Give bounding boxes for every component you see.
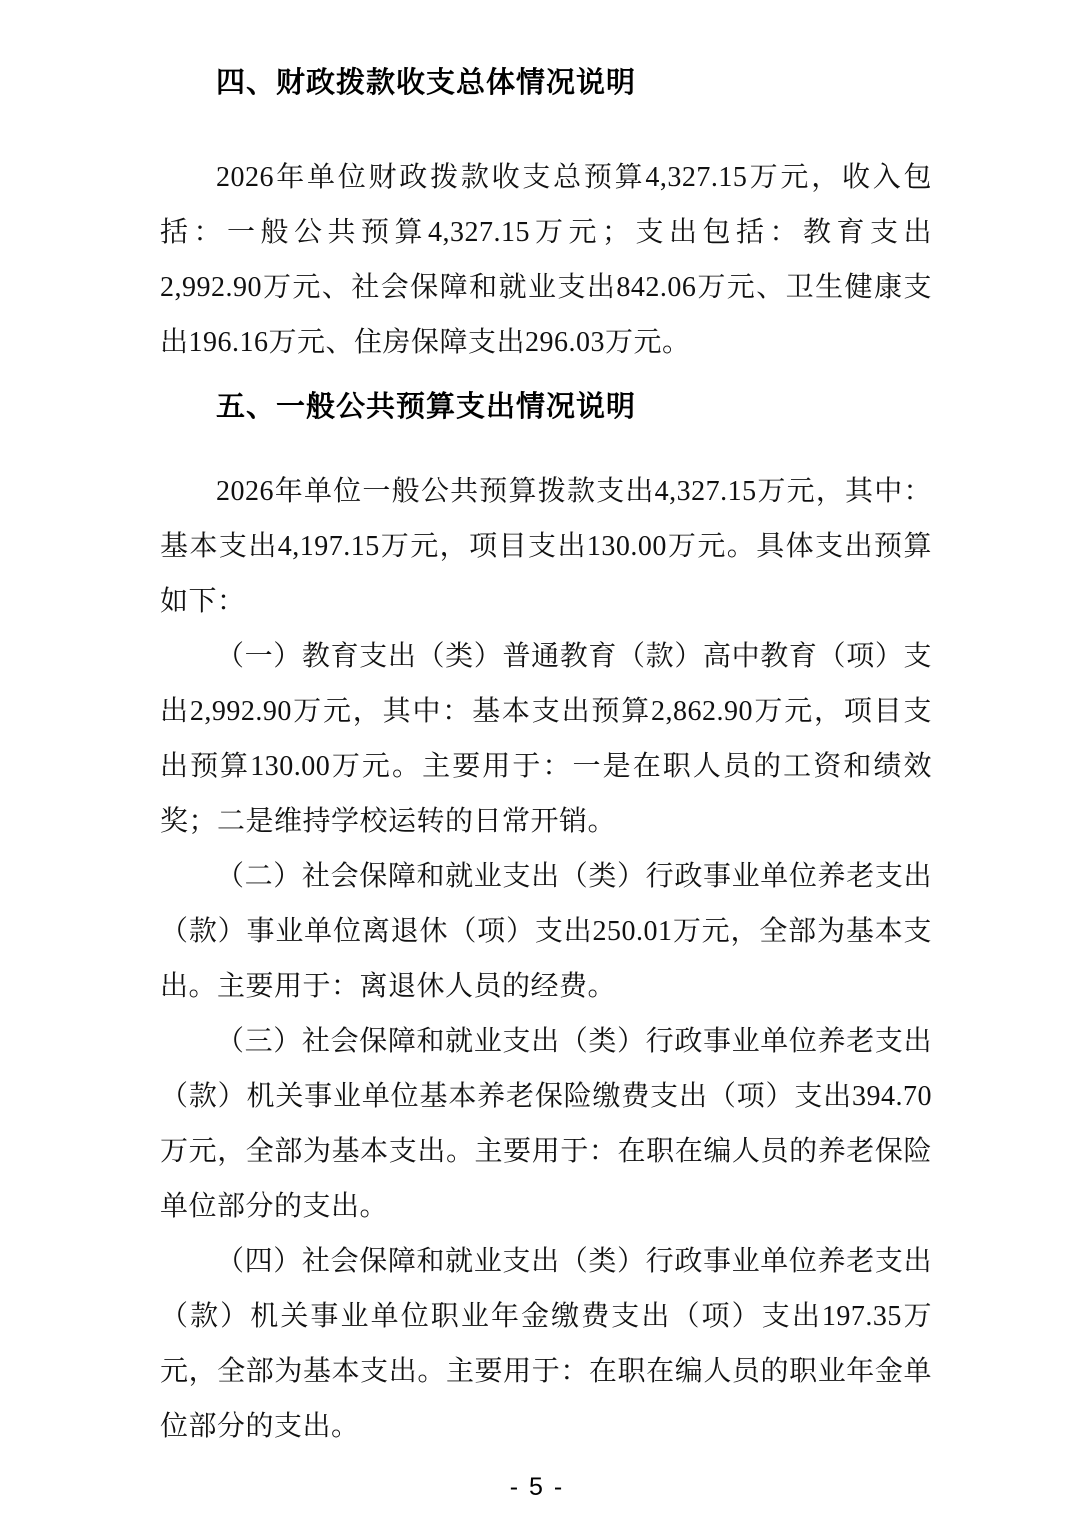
paragraph-item-1-education: （一）教育支出（类）普通教育（款）高中教育（项）支出2,992.90万元，其中：… (160, 629, 932, 849)
section-heading-4: 四、财政拨款收支总体情况说明 (160, 62, 932, 104)
section-general-public-budget-expenditure: 五、一般公共预算支出情况说明 2026年单位一般公共预算拨款支出4,327.15… (160, 386, 932, 1454)
paragraph-budget-summary: 2026年单位一般公共预算拨款支出4,327.15万元，其中：基本支出4,197… (160, 464, 932, 629)
section-fiscal-appropriation-overview: 四、财政拨款收支总体情况说明 2026年单位财政拨款收支总预算4,327.15万… (160, 62, 932, 370)
document-page: 四、财政拨款收支总体情况说明 2026年单位财政拨款收支总预算4,327.15万… (0, 0, 1074, 1520)
paragraph-item-3-pension-insurance: （三）社会保障和就业支出（类）行政事业单位养老支出（款）机关事业单位基本养老保险… (160, 1014, 932, 1234)
paragraph-item-4-occupational-annuity: （四）社会保障和就业支出（类）行政事业单位养老支出（款）机关事业单位职业年金缴费… (160, 1234, 932, 1454)
page-number: - 5 - (0, 1473, 1074, 1502)
paragraph-item-2-retirement: （二）社会保障和就业支出（类）行政事业单位养老支出（款）事业单位离退休（项）支出… (160, 849, 932, 1014)
paragraph-fiscal-overview: 2026年单位财政拨款收支总预算4,327.15万元，收入包括：一般公共预算4,… (160, 150, 932, 370)
section-heading-5: 五、一般公共预算支出情况说明 (160, 386, 932, 428)
